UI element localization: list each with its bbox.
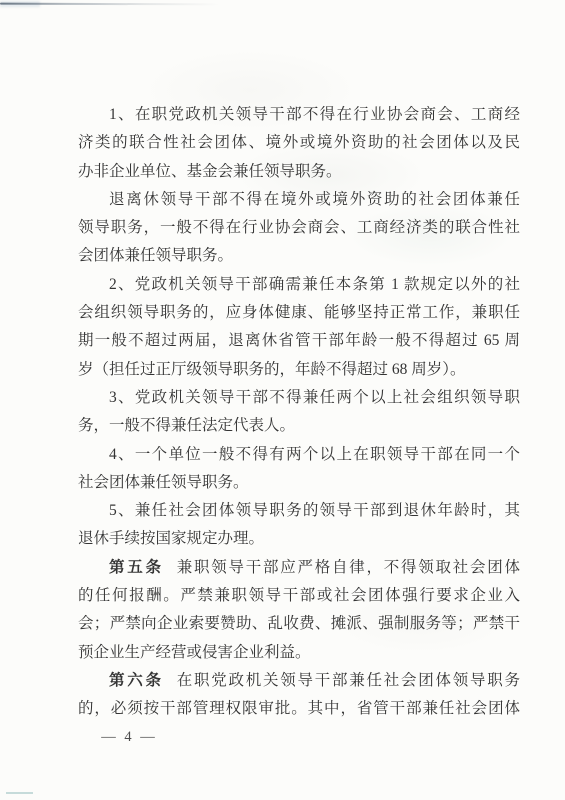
text-line: 办非企业单位、基金会兼任领导职务。 [78,158,520,186]
document-body: 1、在职党政机关领导干部不得在行业协会商会、工商经济类的联合性社会团体、境外或境… [78,101,520,724]
text-line: 预企业生产经营或侵害企业利益。 [78,639,520,667]
paragraph: 第五条兼职领导干部应严格自律，不得领取社会团体的任何报酬。严禁兼职领导干部或社会… [78,554,520,667]
paragraph: 第六条在职党政机关领导干部兼任社会团体领导职务的，必须按干部管理权限审批。其中，… [78,667,520,724]
text-line: 退休手续按国家规定办理。 [78,525,520,553]
text-line: 3、党政机关领导干部不得兼任两个以上社会组织领导职 [78,384,520,412]
paragraph: 1、在职党政机关领导干部不得在行业协会商会、工商经济类的联合性社会团体、境外或境… [78,101,520,186]
paragraph: 退离休领导干部不得在境外或境外资助的社会团体兼任领导职务，一般不得在行业协会商会… [78,186,520,271]
text-line: 济类的联合性社会团体、境外或境外资助的社会团体以及民 [78,129,520,157]
text-line: 第六条在职党政机关领导干部兼任社会团体领导职务 [78,667,520,695]
text-line: 的任何报酬。严禁兼职领导干部或社会团体强行要求企业入 [78,582,520,610]
text-line: 社会团体兼任领导职务。 [78,469,520,497]
text-line: 岁（担任过正厅级领导职务的，年龄不得超过 68 周岁）。 [78,356,520,384]
text-line: 务，一般不得兼任法定代表人。 [78,412,520,440]
text-line: 1、在职党政机关领导干部不得在行业协会商会、工商经 [78,101,520,129]
text-line: 5、兼任社会团体领导职务的领导干部到退休年龄时，其 [78,497,520,525]
text-line: 的，必须按干部管理权限审批。其中，省管干部兼任社会团体 [78,695,520,723]
text-line: 退离休领导干部不得在境外或境外资助的社会团体兼任 [78,186,520,214]
text-line: 4、一个单位一般不得有两个以上在职领导干部在同一个 [78,441,520,469]
text-line: 期一般不超过两届，退离休省管干部年龄一般不得超过 65 周 [78,327,520,355]
scanned-document-page: { "page": { "number_label": "— 4 —", "pa… [0,0,565,800]
text-line: 领导职务，一般不得在行业协会商会、工商经济类的联合性社 [78,214,520,242]
text-line: 会组织领导职务的，应身体健康、能够坚持正常工作，兼职任 [78,299,520,327]
paragraph: 3、党政机关领导干部不得兼任两个以上社会组织领导职务，一般不得兼任法定代表人。 [78,384,520,441]
text-line: 2、党政机关领导干部确需兼任本条第 1 款规定以外的社 [78,271,520,299]
scan-artifact-bottom-line [6,792,33,794]
article-number-label: 第五条 [109,559,164,576]
text-line: 第五条兼职领导干部应严格自律，不得领取社会团体 [78,554,520,582]
paragraph: 4、一个单位一般不得有两个以上在职领导干部在同一个社会团体兼任领导职务。 [78,441,520,498]
text-line: 会团体兼任领导职务。 [78,242,520,270]
article-number-label: 第六条 [109,672,164,689]
text-line: 会；严禁向企业索要赞助、乱收费、摊派、强制服务等；严禁干 [78,610,520,638]
page-number: — 4 — [78,727,178,747]
paragraph: 5、兼任社会团体领导职务的领导干部到退休年龄时，其退休手续按国家规定办理。 [78,497,520,554]
paragraph: 2、党政机关领导干部确需兼任本条第 1 款规定以外的社会组织领导职务的，应身体健… [78,271,520,384]
